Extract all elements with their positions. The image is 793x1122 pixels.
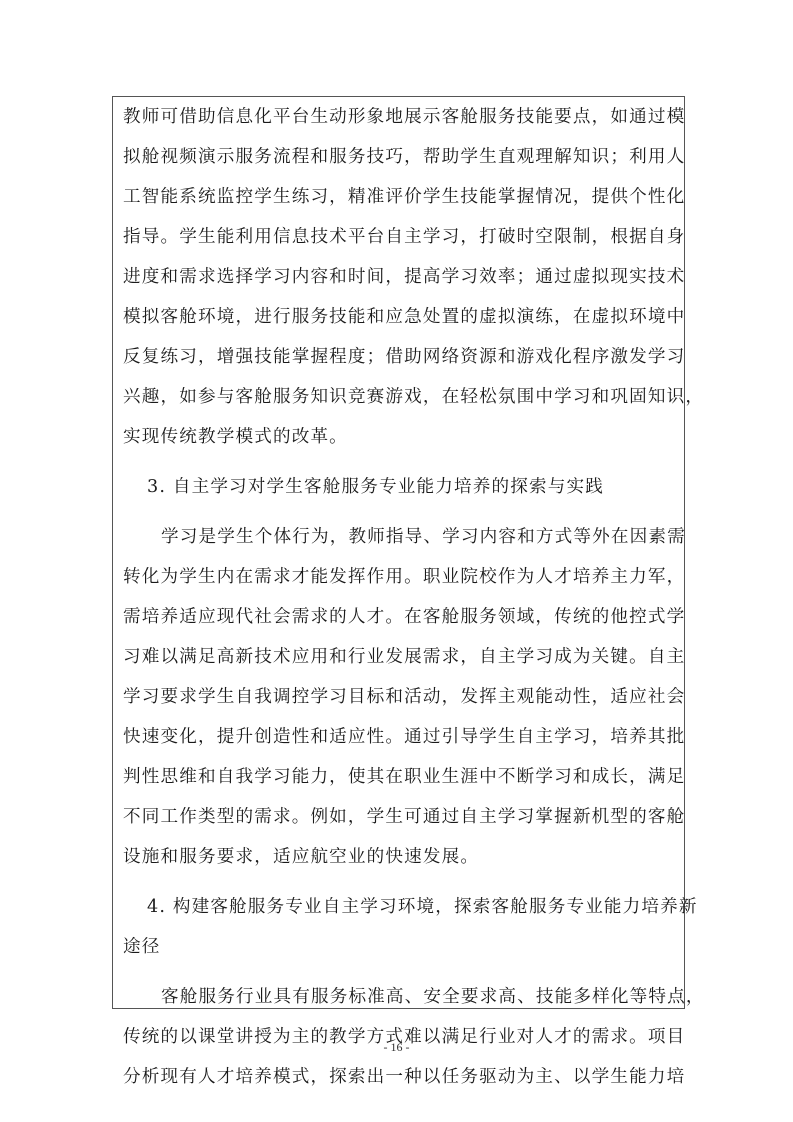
text-line: 4. 构建客舱服务专业自主学习环境，探索客舱服务专业能力培养新 [123,887,676,927]
document-body: 教师可借助信息化平台生动形象地展示客舱服务技能要点，如通过模 拟舱视频演示服务流… [123,97,676,1097]
paragraph-cabin-service-industry: 客舱服务行业具有服务标准高、安全要求高、技能多样化等特点， 传统的以课堂讲授为主… [123,977,676,1097]
text-line: 需培养适应现代社会需求的人才。在客舱服务领域，传统的他控式学 [123,597,676,637]
text-line: 快速变化，提升创造性和适应性。通过引导学生自主学习，培养其批 [123,717,676,757]
section-heading-3: 3. 自主学习对学生客舱服务专业能力培养的探索与实践 [123,467,676,507]
text-line: 教师可借助信息化平台生动形象地展示客舱服务技能要点，如通过模 [123,97,676,137]
text-line: 设施和服务要求，适应航空业的快速发展。 [123,837,676,877]
text-line: 实现传统教学模式的改革。 [123,417,676,457]
text-line: 兴趣，如参与客舱服务知识竞赛游戏，在轻松氛围中学习和巩固知识， [123,377,676,417]
page-number: - 16 - [0,1040,793,1055]
text-line: 工智能系统监控学生练习，精准评价学生技能掌握情况，提供个性化 [123,177,676,217]
text-line: 习难以满足高新技术应用和行业发展需求，自主学习成为关键。自主 [123,637,676,677]
text-line: 模拟客舱环境，进行服务技能和应急处置的虚拟演练，在虚拟环境中 [123,297,676,337]
text-line: 客舱服务行业具有服务标准高、安全要求高、技能多样化等特点， [123,977,676,1017]
text-line: 转化为学生内在需求才能发挥作用。职业院校作为人才培养主力军， [123,557,676,597]
text-line: 学习是学生个体行为，教师指导、学习内容和方式等外在因素需 [123,517,676,557]
text-line: 分析现有人才培养模式，探索出一种以任务驱动为主、以学生能力培 [123,1057,676,1097]
paragraph-self-learning: 学习是学生个体行为，教师指导、学习内容和方式等外在因素需 转化为学生内在需求才能… [123,517,676,877]
content-frame: 教师可借助信息化平台生动形象地展示客舱服务技能要点，如通过模 拟舱视频演示服务流… [112,96,685,1009]
text-line: 进度和需求选择学习内容和时间，提高学习效率；通过虚拟现实技术 [123,257,676,297]
paragraph-digital-teaching: 教师可借助信息化平台生动形象地展示客舱服务技能要点，如通过模 拟舱视频演示服务流… [123,97,676,457]
section-heading-4: 4. 构建客舱服务专业自主学习环境，探索客舱服务专业能力培养新 途径 [123,887,676,967]
text-line: 判性思维和自我学习能力，使其在职业生涯中不断学习和成长，满足 [123,757,676,797]
text-line: 不同工作类型的需求。例如，学生可通过自主学习掌握新机型的客舱 [123,797,676,837]
text-line: 拟舱视频演示服务流程和服务技巧，帮助学生直观理解知识；利用人 [123,137,676,177]
text-line: 指导。学生能利用信息技术平台自主学习，打破时空限制，根据自身 [123,217,676,257]
text-line: 反复练习，增强技能掌握程度；借助网络资源和游戏化程序激发学习 [123,337,676,377]
text-line: 学习要求学生自我调控学习目标和活动，发挥主观能动性，适应社会 [123,677,676,717]
text-line: 途径 [123,927,676,967]
